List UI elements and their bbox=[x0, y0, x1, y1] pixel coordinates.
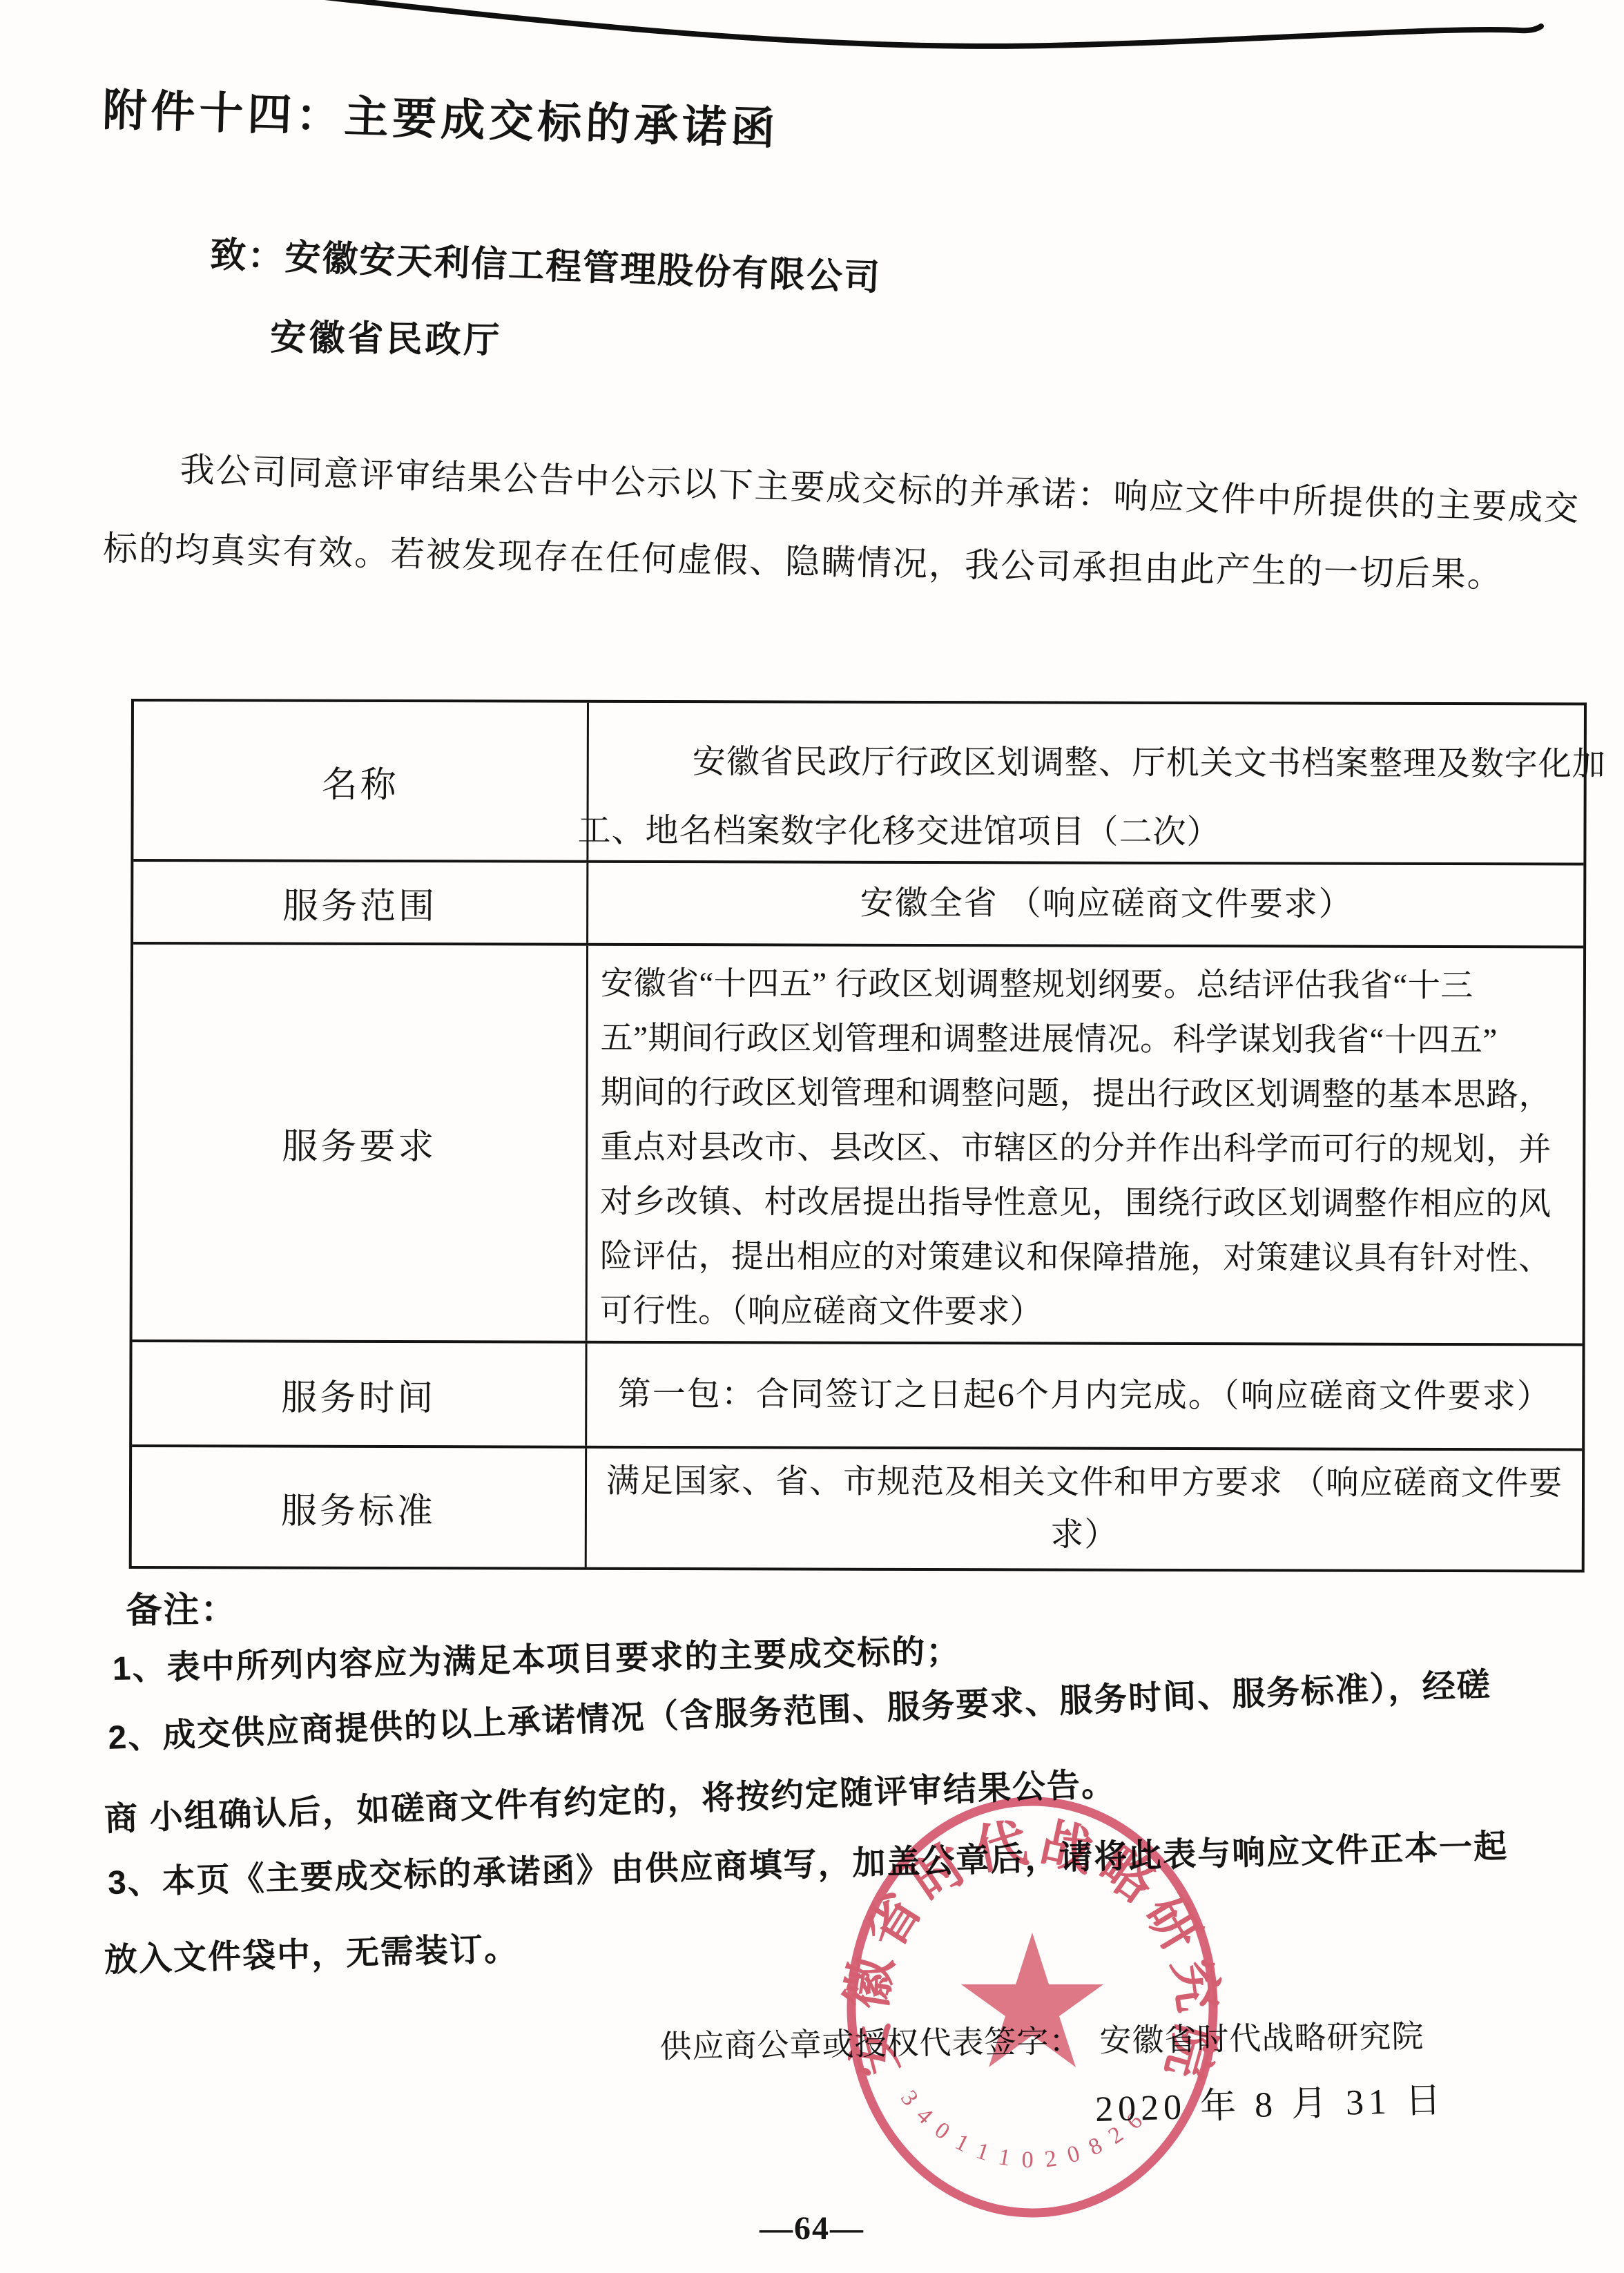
table-row-standard: 服务标准 满足国家、省、市规范及相关文件和甲方要求 （响应磋商文件要 求） bbox=[132, 1447, 1582, 1569]
scanned-document-page: 附件十四：主要成交标的承诺函 致：安徽安天利信工程管理股份有限公司 安徽省民政厅… bbox=[0, 0, 1624, 2273]
service-requirements-line-7: 可行性。（响应磋商文件要求） bbox=[600, 1284, 1577, 1342]
service-requirements-line-1: 安徽省“十四五” 行政区划调整规划纲要。总结评估我省“十三 bbox=[601, 957, 1578, 1014]
seal-serial-container: 340111020826 bbox=[896, 2086, 1151, 2173]
row-value-time: 第一包：合同签订之日起6个月内完成。（响应磋商文件要求） bbox=[587, 1344, 1582, 1449]
project-name-line-1: 安徽省民政厅行政区划调整、厅机关文书档案整理及数字化加 bbox=[589, 728, 1606, 800]
service-standard-line-2: 求） bbox=[587, 1508, 1582, 1563]
row-label-name: 名称 bbox=[133, 702, 589, 860]
row-value-requirements: 安徽省“十四五” 行政区划调整规划纲要。总结评估我省“十三 五”期间行政区划管理… bbox=[588, 946, 1583, 1344]
note-1: 1、表中所列内容应为满足本项目要求的主要成交标的； bbox=[112, 1624, 961, 1690]
table-row-time: 服务时间 第一包：合同签订之日起6个月内完成。（响应磋商文件要求） bbox=[132, 1342, 1582, 1451]
service-time-text: 第一包：合同签订之日起6个月内完成。（响应磋商文件要求） bbox=[587, 1344, 1582, 1449]
page-number: —64— bbox=[0, 2209, 1624, 2247]
addressee-line-2: 安徽省民政厅 bbox=[270, 308, 503, 363]
service-requirements-line-5: 对乡改镇、村改居提出指导性意见，围绕行政区划调整作相应的风 bbox=[600, 1175, 1577, 1232]
seal-serial-number: 340111020826 bbox=[896, 2086, 1151, 2173]
notes-heading: 备注： bbox=[126, 1580, 238, 1633]
row-label-standard: 服务标准 bbox=[132, 1447, 587, 1567]
commitment-paragraph-line-2: 标的均真实有效。若被发现存在任何虚假、隐瞒情况，我公司承担由此产生的一切后果。 bbox=[103, 521, 1504, 597]
row-value-standard: 满足国家、省、市规范及相关文件和甲方要求 （响应磋商文件要 求） bbox=[587, 1449, 1582, 1570]
row-label-requirements: 服务要求 bbox=[133, 945, 588, 1341]
table-row-name: 名称 安徽省民政厅行政区划调整、厅机关文书档案整理及数字化加 工、地名档案数字化… bbox=[133, 702, 1584, 865]
service-requirements-line-6: 险评估，提出相应的对策建议和保障措施，对策建议具有针对性、 bbox=[600, 1230, 1577, 1287]
table-row-scope: 服务范围 安徽全省 （响应磋商文件要求） bbox=[133, 862, 1583, 948]
row-value-scope: 安徽全省 （响应磋商文件要求） bbox=[588, 863, 1583, 946]
seal-star-icon bbox=[961, 1933, 1103, 2067]
commitment-paragraph-line-1: 我公司同意评审结果公告中公示以下主要成交标的并承诺：响应文件中所提供的主要成交 bbox=[180, 442, 1580, 531]
scan-edge-line bbox=[0, 0, 1624, 90]
service-requirements-line-2: 五”期间行政区划管理和调整进展情况。科学谋划我省“十四五” bbox=[601, 1012, 1578, 1069]
deal-summary-table: 名称 安徽省民政厅行政区划调整、厅机关文书档案整理及数字化加 工、地名档案数字化… bbox=[129, 699, 1587, 1573]
note-3-line-2: 放入文件袋中，无需装订。 bbox=[104, 1922, 519, 1981]
table-row-requirements: 服务要求 安徽省“十四五” 行政区划调整规划纲要。总结评估我省“十三 五”期间行… bbox=[133, 945, 1584, 1346]
service-scope-text: 安徽全省 （响应磋商文件要求） bbox=[588, 863, 1583, 946]
row-label-time: 服务时间 bbox=[132, 1342, 587, 1446]
project-name-line-2: 工、地名档案数字化移交进馆项目（二次） bbox=[577, 797, 1605, 869]
addressee-line-1: 致：安徽安天利信工程管理股份有限公司 bbox=[209, 225, 882, 300]
service-standard-line-1: 满足国家、省、市规范及相关文件和甲方要求 （响应磋商文件要 bbox=[587, 1455, 1582, 1511]
row-value-name: 安徽省民政厅行政区划调整、厅机关文书档案整理及数字化加 工、地名档案数字化移交进… bbox=[588, 703, 1606, 863]
row-label-scope: 服务范围 bbox=[133, 862, 588, 943]
company-seal-stamp: 安徽省时代战略研究院 340111020826 bbox=[794, 1764, 1270, 2250]
service-requirements-line-3: 期间的行政区划管理和调整问题，提出行政区划调整的基本思路， bbox=[600, 1066, 1577, 1123]
service-requirements-line-4: 重点对县改市、县改区、市辖区的分并作出科学而可行的规划，并 bbox=[600, 1121, 1577, 1178]
